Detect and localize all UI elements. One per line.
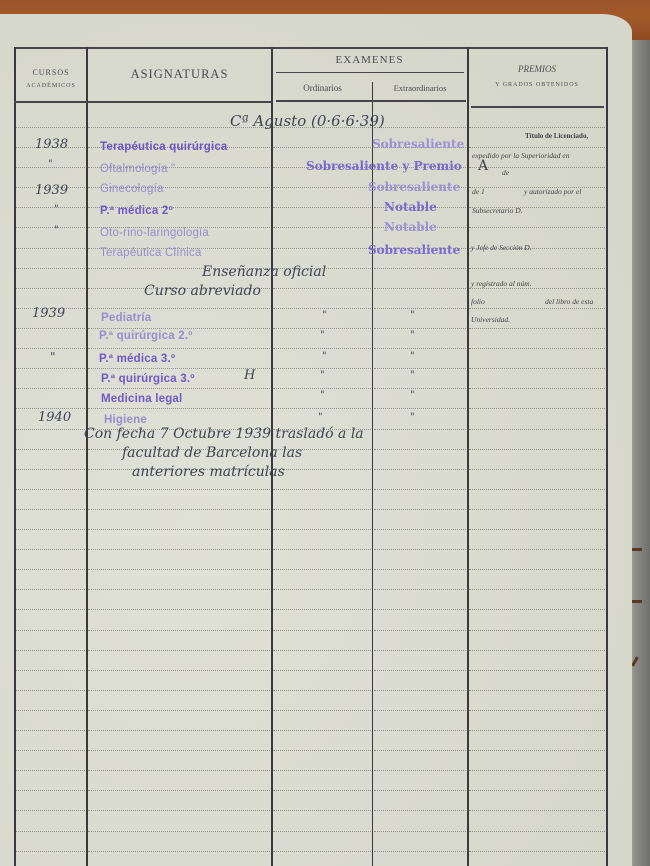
ruled-line bbox=[16, 348, 85, 349]
subject-cell: Medicina legal bbox=[101, 393, 182, 405]
ruled-line bbox=[88, 408, 270, 409]
universidad-label: Universidad. bbox=[471, 315, 510, 324]
ruled-line bbox=[273, 549, 371, 550]
ruled-line bbox=[469, 429, 605, 430]
subject-cell: Oftalmología " bbox=[100, 163, 175, 175]
ruled-line bbox=[16, 268, 85, 269]
subject-cell: Ginecología bbox=[100, 183, 164, 195]
ruled-line bbox=[469, 529, 605, 530]
ruled-line bbox=[273, 609, 371, 610]
ruled-line bbox=[88, 609, 270, 610]
ruled-line bbox=[16, 388, 85, 389]
grade-extraordinario: " bbox=[410, 390, 415, 401]
grade-ordinario: " bbox=[320, 370, 325, 381]
ruled-line bbox=[374, 770, 466, 771]
ruled-line bbox=[88, 509, 270, 510]
ruled-line bbox=[374, 630, 466, 631]
header-premios: PREMIOS bbox=[468, 64, 606, 74]
ruled-line bbox=[374, 328, 466, 329]
ruled-line bbox=[273, 569, 371, 570]
ruled-line bbox=[469, 810, 605, 811]
handwritten-a: A bbox=[478, 158, 488, 174]
ruled-line bbox=[374, 388, 466, 389]
ruled-line bbox=[16, 730, 85, 731]
ruled-line bbox=[16, 831, 85, 832]
grade-extraordinario: " bbox=[410, 412, 415, 423]
ruled-line bbox=[88, 308, 270, 309]
subject-cell: P.ª médica 2º bbox=[100, 205, 173, 217]
ruled-line bbox=[273, 328, 371, 329]
ruled-line bbox=[469, 630, 605, 631]
ruled-line bbox=[374, 127, 466, 128]
year-cell: " bbox=[48, 159, 53, 170]
ruled-line bbox=[88, 569, 270, 570]
ruled-line bbox=[374, 469, 466, 470]
ruled-line bbox=[88, 750, 270, 751]
examenes-underline bbox=[276, 72, 464, 73]
ruled-line bbox=[16, 368, 85, 369]
ruled-line bbox=[16, 810, 85, 811]
ruled-line bbox=[16, 227, 85, 228]
ruled-line bbox=[273, 750, 371, 751]
ruled-line bbox=[88, 730, 270, 731]
ruled-line bbox=[469, 851, 605, 852]
header-extraordinarios: Extraordinarios bbox=[373, 83, 467, 93]
header-bottom-premios bbox=[471, 106, 604, 108]
ruled-line bbox=[469, 609, 605, 610]
ruled-line bbox=[374, 449, 466, 450]
ruled-line bbox=[374, 549, 466, 550]
year-cell: " bbox=[54, 225, 59, 236]
ruled-line bbox=[469, 589, 605, 590]
ruled-line bbox=[374, 690, 466, 691]
ruled-line bbox=[273, 831, 371, 832]
subject-cell: P.ª quirúrgica 2.º bbox=[99, 330, 193, 342]
ruled-line bbox=[273, 227, 371, 228]
ruled-line bbox=[273, 509, 371, 510]
grade-extraordinario: " bbox=[410, 370, 415, 381]
ruled-line bbox=[88, 489, 270, 490]
ruled-line bbox=[374, 268, 466, 269]
ruled-line bbox=[16, 529, 85, 530]
ruled-line bbox=[273, 368, 371, 369]
ruled-line bbox=[374, 509, 466, 510]
ruled-line bbox=[88, 851, 270, 852]
grade-ordinario: " bbox=[322, 351, 327, 362]
subject-cell: P.ª quirúrgica 3.º bbox=[101, 373, 195, 385]
ruled-line bbox=[273, 308, 371, 309]
grade-extraordinario: " bbox=[410, 310, 415, 321]
ruled-line bbox=[16, 248, 85, 249]
ruled-line bbox=[374, 569, 466, 570]
note-curso-abreviado: Curso abreviado bbox=[144, 283, 261, 299]
ruled-line bbox=[88, 790, 270, 791]
ruled-line bbox=[469, 227, 605, 228]
ruled-line bbox=[469, 670, 605, 671]
ruled-line bbox=[273, 690, 371, 691]
ruled-line bbox=[16, 509, 85, 510]
ruled-line bbox=[16, 569, 85, 570]
ruled-line bbox=[16, 710, 85, 711]
ruled-line bbox=[273, 207, 371, 208]
ruled-line bbox=[374, 368, 466, 369]
handwritten-heading-note: Cª Agusto (0·6·6·39) bbox=[230, 112, 385, 130]
ruled-line bbox=[16, 770, 85, 771]
ruled-line bbox=[374, 288, 466, 289]
table-left-border bbox=[14, 47, 16, 866]
ruled-line bbox=[374, 589, 466, 590]
ruled-line bbox=[469, 268, 605, 269]
ruled-line bbox=[469, 650, 605, 651]
ruled-line bbox=[16, 449, 85, 450]
expedido-line: expedido por la Superioridad en bbox=[472, 151, 570, 160]
ruled-line bbox=[469, 328, 605, 329]
ruled-line bbox=[469, 469, 605, 470]
ruled-line bbox=[273, 469, 371, 470]
ruled-line bbox=[374, 670, 466, 671]
header-bottom-left bbox=[14, 101, 271, 103]
header-academicos: ACADÉMICOS bbox=[16, 83, 86, 89]
ruled-line bbox=[88, 650, 270, 651]
libro-label: del libro de esta bbox=[545, 297, 593, 306]
col-divider-ordinarios bbox=[372, 82, 373, 866]
year-cell: 1938 bbox=[35, 137, 68, 152]
de-label: de bbox=[502, 168, 509, 177]
ruled-line bbox=[16, 750, 85, 751]
ruled-line bbox=[469, 489, 605, 490]
ruled-line bbox=[273, 388, 371, 389]
col-divider-examenes bbox=[467, 47, 469, 866]
ruled-line bbox=[16, 489, 85, 490]
ruled-line bbox=[469, 831, 605, 832]
ruled-line bbox=[469, 388, 605, 389]
handwritten-mark: H bbox=[244, 368, 255, 383]
header-asignaturas: ASIGNATURAS bbox=[88, 67, 271, 82]
ruled-line bbox=[374, 348, 466, 349]
ruled-line bbox=[469, 569, 605, 570]
ruled-line bbox=[374, 790, 466, 791]
ruled-line bbox=[273, 248, 371, 249]
ruled-line bbox=[374, 308, 466, 309]
grade-extraordinario: " bbox=[410, 351, 415, 362]
registrado-label: y registrado al núm. bbox=[471, 279, 532, 288]
ruled-line bbox=[273, 187, 371, 188]
ruled-line bbox=[88, 630, 270, 631]
ruled-line bbox=[469, 308, 605, 309]
header-examenes: EXAMENES bbox=[272, 54, 467, 66]
ruled-line bbox=[374, 489, 466, 490]
ruled-line bbox=[374, 529, 466, 530]
jefe-seccion-label: y Jefe de Sección D. bbox=[471, 243, 532, 252]
titulo-licenciado: Título de Licenciado, bbox=[525, 132, 588, 140]
ruled-line bbox=[273, 810, 371, 811]
ruled-line bbox=[273, 790, 371, 791]
ruled-line bbox=[469, 167, 605, 168]
ruled-line bbox=[16, 207, 85, 208]
ruled-line bbox=[88, 690, 270, 691]
ruled-line bbox=[88, 388, 270, 389]
ruled-line bbox=[88, 831, 270, 832]
ruled-line bbox=[273, 630, 371, 631]
ruled-line bbox=[16, 670, 85, 671]
ruled-line bbox=[469, 730, 605, 731]
ruled-line bbox=[16, 589, 85, 590]
ruled-line bbox=[374, 851, 466, 852]
ruled-line bbox=[374, 730, 466, 731]
grade-extraordinario: Notable bbox=[384, 200, 437, 214]
ruled-line bbox=[88, 368, 270, 369]
ruled-line bbox=[273, 670, 371, 671]
year-cell: " bbox=[50, 350, 56, 364]
grade-ordinario: " bbox=[320, 390, 325, 401]
grade-ordinario: Sobresaliente y Premio bbox=[306, 159, 462, 173]
ruled-line bbox=[469, 790, 605, 791]
transfer-note-line-2: facultad de Barcelona las bbox=[122, 445, 302, 461]
ruled-line bbox=[16, 650, 85, 651]
ruled-line bbox=[469, 348, 605, 349]
ruled-line bbox=[469, 288, 605, 289]
note-ensenanza-oficial: Enseñanza oficial bbox=[202, 264, 326, 280]
year-cell: " bbox=[54, 204, 59, 215]
ruled-line bbox=[16, 469, 85, 470]
subject-cell: Terapéutica quirúrgica bbox=[100, 141, 228, 153]
year-cell: 1939 bbox=[35, 183, 68, 198]
grade-ordinario: " bbox=[318, 412, 323, 423]
ruled-line bbox=[374, 710, 466, 711]
grade-ordinario: " bbox=[320, 330, 325, 341]
grade-extraordinario: Sobresaliente bbox=[372, 137, 464, 151]
header-bottom-examenes bbox=[276, 100, 466, 102]
subject-cell: Pediatría bbox=[101, 312, 151, 324]
ruled-line bbox=[88, 529, 270, 530]
ruled-line bbox=[16, 288, 85, 289]
autorizado-label: y autorizado por el bbox=[524, 187, 581, 196]
ruled-line bbox=[16, 408, 85, 409]
ruled-line bbox=[273, 650, 371, 651]
ruled-line bbox=[469, 368, 605, 369]
ruled-line bbox=[273, 589, 371, 590]
ruled-line bbox=[16, 790, 85, 791]
ruled-line bbox=[16, 549, 85, 550]
ruled-line bbox=[469, 750, 605, 751]
table-right-border bbox=[606, 47, 608, 866]
ruled-line bbox=[16, 127, 85, 128]
ruled-line bbox=[469, 710, 605, 711]
subject-cell: Terapéutica Clínica bbox=[100, 247, 202, 259]
ruled-line bbox=[469, 509, 605, 510]
ruled-line bbox=[88, 328, 270, 329]
ruled-line bbox=[469, 690, 605, 691]
ruled-line bbox=[374, 831, 466, 832]
ruled-line bbox=[88, 770, 270, 771]
ruled-line bbox=[273, 288, 371, 289]
record-sheet: CURSOS ACADÉMICOS ASIGNATURAS EXAMENES O… bbox=[0, 14, 632, 866]
table-top-border bbox=[14, 47, 608, 49]
ruled-line bbox=[16, 630, 85, 631]
transfer-note-line-3: anteriores matrículas bbox=[132, 464, 285, 480]
ruled-line bbox=[16, 690, 85, 691]
transfer-note-line-1: Con fecha 7 Octubre 1939 trasladó a la bbox=[84, 426, 364, 442]
ruled-line bbox=[374, 609, 466, 610]
grade-extraordinario: Notable bbox=[384, 220, 437, 234]
header-cursos: CURSOS bbox=[16, 68, 86, 77]
de-year-label: de 1 bbox=[472, 187, 485, 196]
grade-extraordinario: Sobresaliente bbox=[368, 243, 460, 257]
subsecretario-label: Subsecretario D. bbox=[472, 206, 523, 215]
ruled-line bbox=[374, 810, 466, 811]
ruled-line bbox=[88, 670, 270, 671]
ruled-line bbox=[374, 650, 466, 651]
year-cell: 1940 bbox=[38, 410, 71, 425]
ruled-line bbox=[469, 408, 605, 409]
grade-extraordinario: Sobresaliente bbox=[368, 180, 460, 194]
ruled-line bbox=[273, 348, 371, 349]
ruled-line bbox=[374, 429, 466, 430]
ruled-line bbox=[469, 449, 605, 450]
ruled-line bbox=[88, 589, 270, 590]
ruled-line bbox=[273, 529, 371, 530]
grade-extraordinario: " bbox=[410, 330, 415, 341]
subject-cell: Oto-rino-laringología bbox=[100, 227, 209, 239]
ruled-line bbox=[374, 408, 466, 409]
ruled-line bbox=[88, 348, 270, 349]
ruled-line bbox=[469, 549, 605, 550]
ruled-line bbox=[469, 147, 605, 148]
col-divider-cursos bbox=[86, 47, 88, 866]
ruled-line bbox=[16, 609, 85, 610]
year-cell: 1939 bbox=[32, 306, 65, 321]
ruled-line bbox=[16, 851, 85, 852]
ruled-line bbox=[273, 770, 371, 771]
header-grados: Y GRADOS OBTENIDOS bbox=[468, 82, 606, 88]
ruled-line bbox=[273, 730, 371, 731]
ruled-line bbox=[88, 710, 270, 711]
ruled-line bbox=[16, 328, 85, 329]
header-ordinarios: Ordinarios bbox=[273, 83, 372, 93]
ruled-line bbox=[469, 770, 605, 771]
ruled-line bbox=[374, 750, 466, 751]
subject-cell: P.ª médica 3.º bbox=[99, 353, 175, 365]
ruled-line bbox=[273, 147, 371, 148]
ruled-line bbox=[273, 851, 371, 852]
ruled-line bbox=[273, 710, 371, 711]
grade-ordinario: " bbox=[322, 310, 327, 321]
ruled-line bbox=[273, 408, 371, 409]
ruled-line bbox=[469, 127, 605, 128]
folio-label: folio bbox=[471, 297, 485, 306]
ruled-line bbox=[16, 429, 85, 430]
ruled-line bbox=[273, 489, 371, 490]
ruled-line bbox=[88, 549, 270, 550]
subject-cell: Higiene bbox=[104, 414, 147, 426]
ruled-line bbox=[88, 810, 270, 811]
